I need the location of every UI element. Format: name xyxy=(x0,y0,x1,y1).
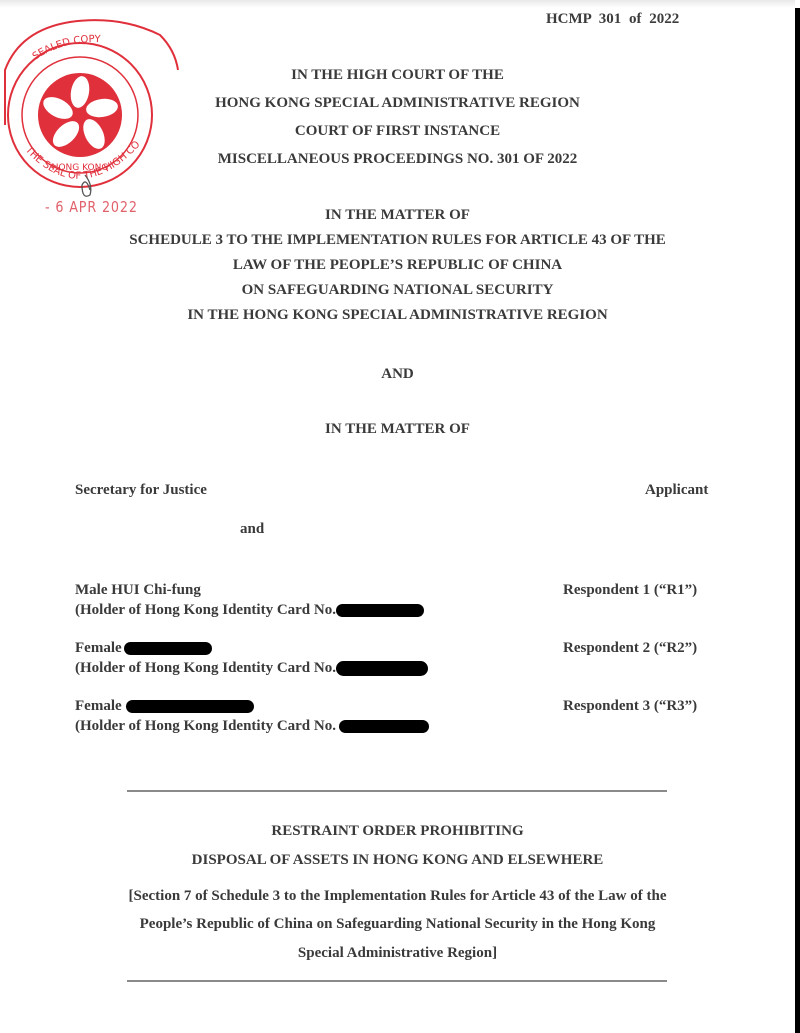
court-heading-line: HONG KONG SPECIAL ADMINISTRATIVE REGION xyxy=(0,95,795,112)
case-number: HCMP 301 of 2022 xyxy=(546,11,679,28)
court-heading-line: IN THE HIGH COURT OF THE xyxy=(0,67,795,84)
respondent-1-role: Respondent 1 (“R1”) xyxy=(563,582,697,599)
order-title-line: DISPOSAL OF ASSETS IN HONG KONG AND ELSE… xyxy=(0,852,795,869)
court-heading-line: COURT OF FIRST INSTANCE xyxy=(0,123,795,140)
respondent-1-id-line: (Holder of Hong Kong Identity Card No. xyxy=(75,602,424,619)
divider-line xyxy=(127,980,667,982)
court-heading-line: MISCELLANEOUS PROCEEDINGS NO. 301 OF 202… xyxy=(0,151,795,168)
matter-heading-line: ON SAFEGUARDING NATIONAL SECURITY xyxy=(0,282,795,299)
order-citation-line: [Section 7 of Schedule 3 to the Implemen… xyxy=(0,888,795,905)
matter-heading-line: LAW OF THE PEOPLE’S REPUBLIC OF CHINA xyxy=(0,257,795,274)
right-border xyxy=(795,8,800,1033)
order-title-line: RESTRAINT ORDER PROHIBITING xyxy=(0,823,795,840)
order-citation-line: Special Administrative Region] xyxy=(0,945,795,962)
redaction-mark xyxy=(336,661,428,676)
redaction-mark xyxy=(339,720,429,733)
matter-heading-line: IN THE HONG KONG SPECIAL ADMINISTRATIVE … xyxy=(0,307,795,324)
applicant-role: Applicant xyxy=(645,482,708,499)
respondent-2-id-line: (Holder of Hong Kong Identity Card No. xyxy=(75,660,428,677)
respondent-1-name: Male HUI Chi-fung xyxy=(75,582,201,599)
matter-heading-2: IN THE MATTER OF xyxy=(0,421,795,438)
document-page: SEALED COPY THE SEAL OF THE HIGH COURT H… xyxy=(0,0,795,1033)
applicant-name: Secretary for Justice xyxy=(75,482,207,499)
respondent-3-name: Female xyxy=(75,698,254,715)
respondent-3-id-line: (Holder of Hong Kong Identity Card No. xyxy=(75,718,429,735)
order-citation-line: People’s Republic of China on Safeguardi… xyxy=(0,916,795,933)
and-label: AND xyxy=(0,366,795,383)
redaction-mark xyxy=(124,642,212,655)
divider-line xyxy=(127,790,667,792)
respondent-2-role: Respondent 2 (“R2”) xyxy=(563,640,697,657)
matter-heading-line: IN THE MATTER OF xyxy=(0,207,795,224)
parties-conjunction: and xyxy=(240,521,264,538)
respondent-3-role: Respondent 3 (“R3”) xyxy=(563,698,697,715)
matter-heading-line: SCHEDULE 3 TO THE IMPLEMENTATION RULES F… xyxy=(0,232,795,249)
redaction-mark xyxy=(126,700,254,713)
redaction-mark xyxy=(336,604,424,617)
respondent-2-name: Female xyxy=(75,640,212,657)
